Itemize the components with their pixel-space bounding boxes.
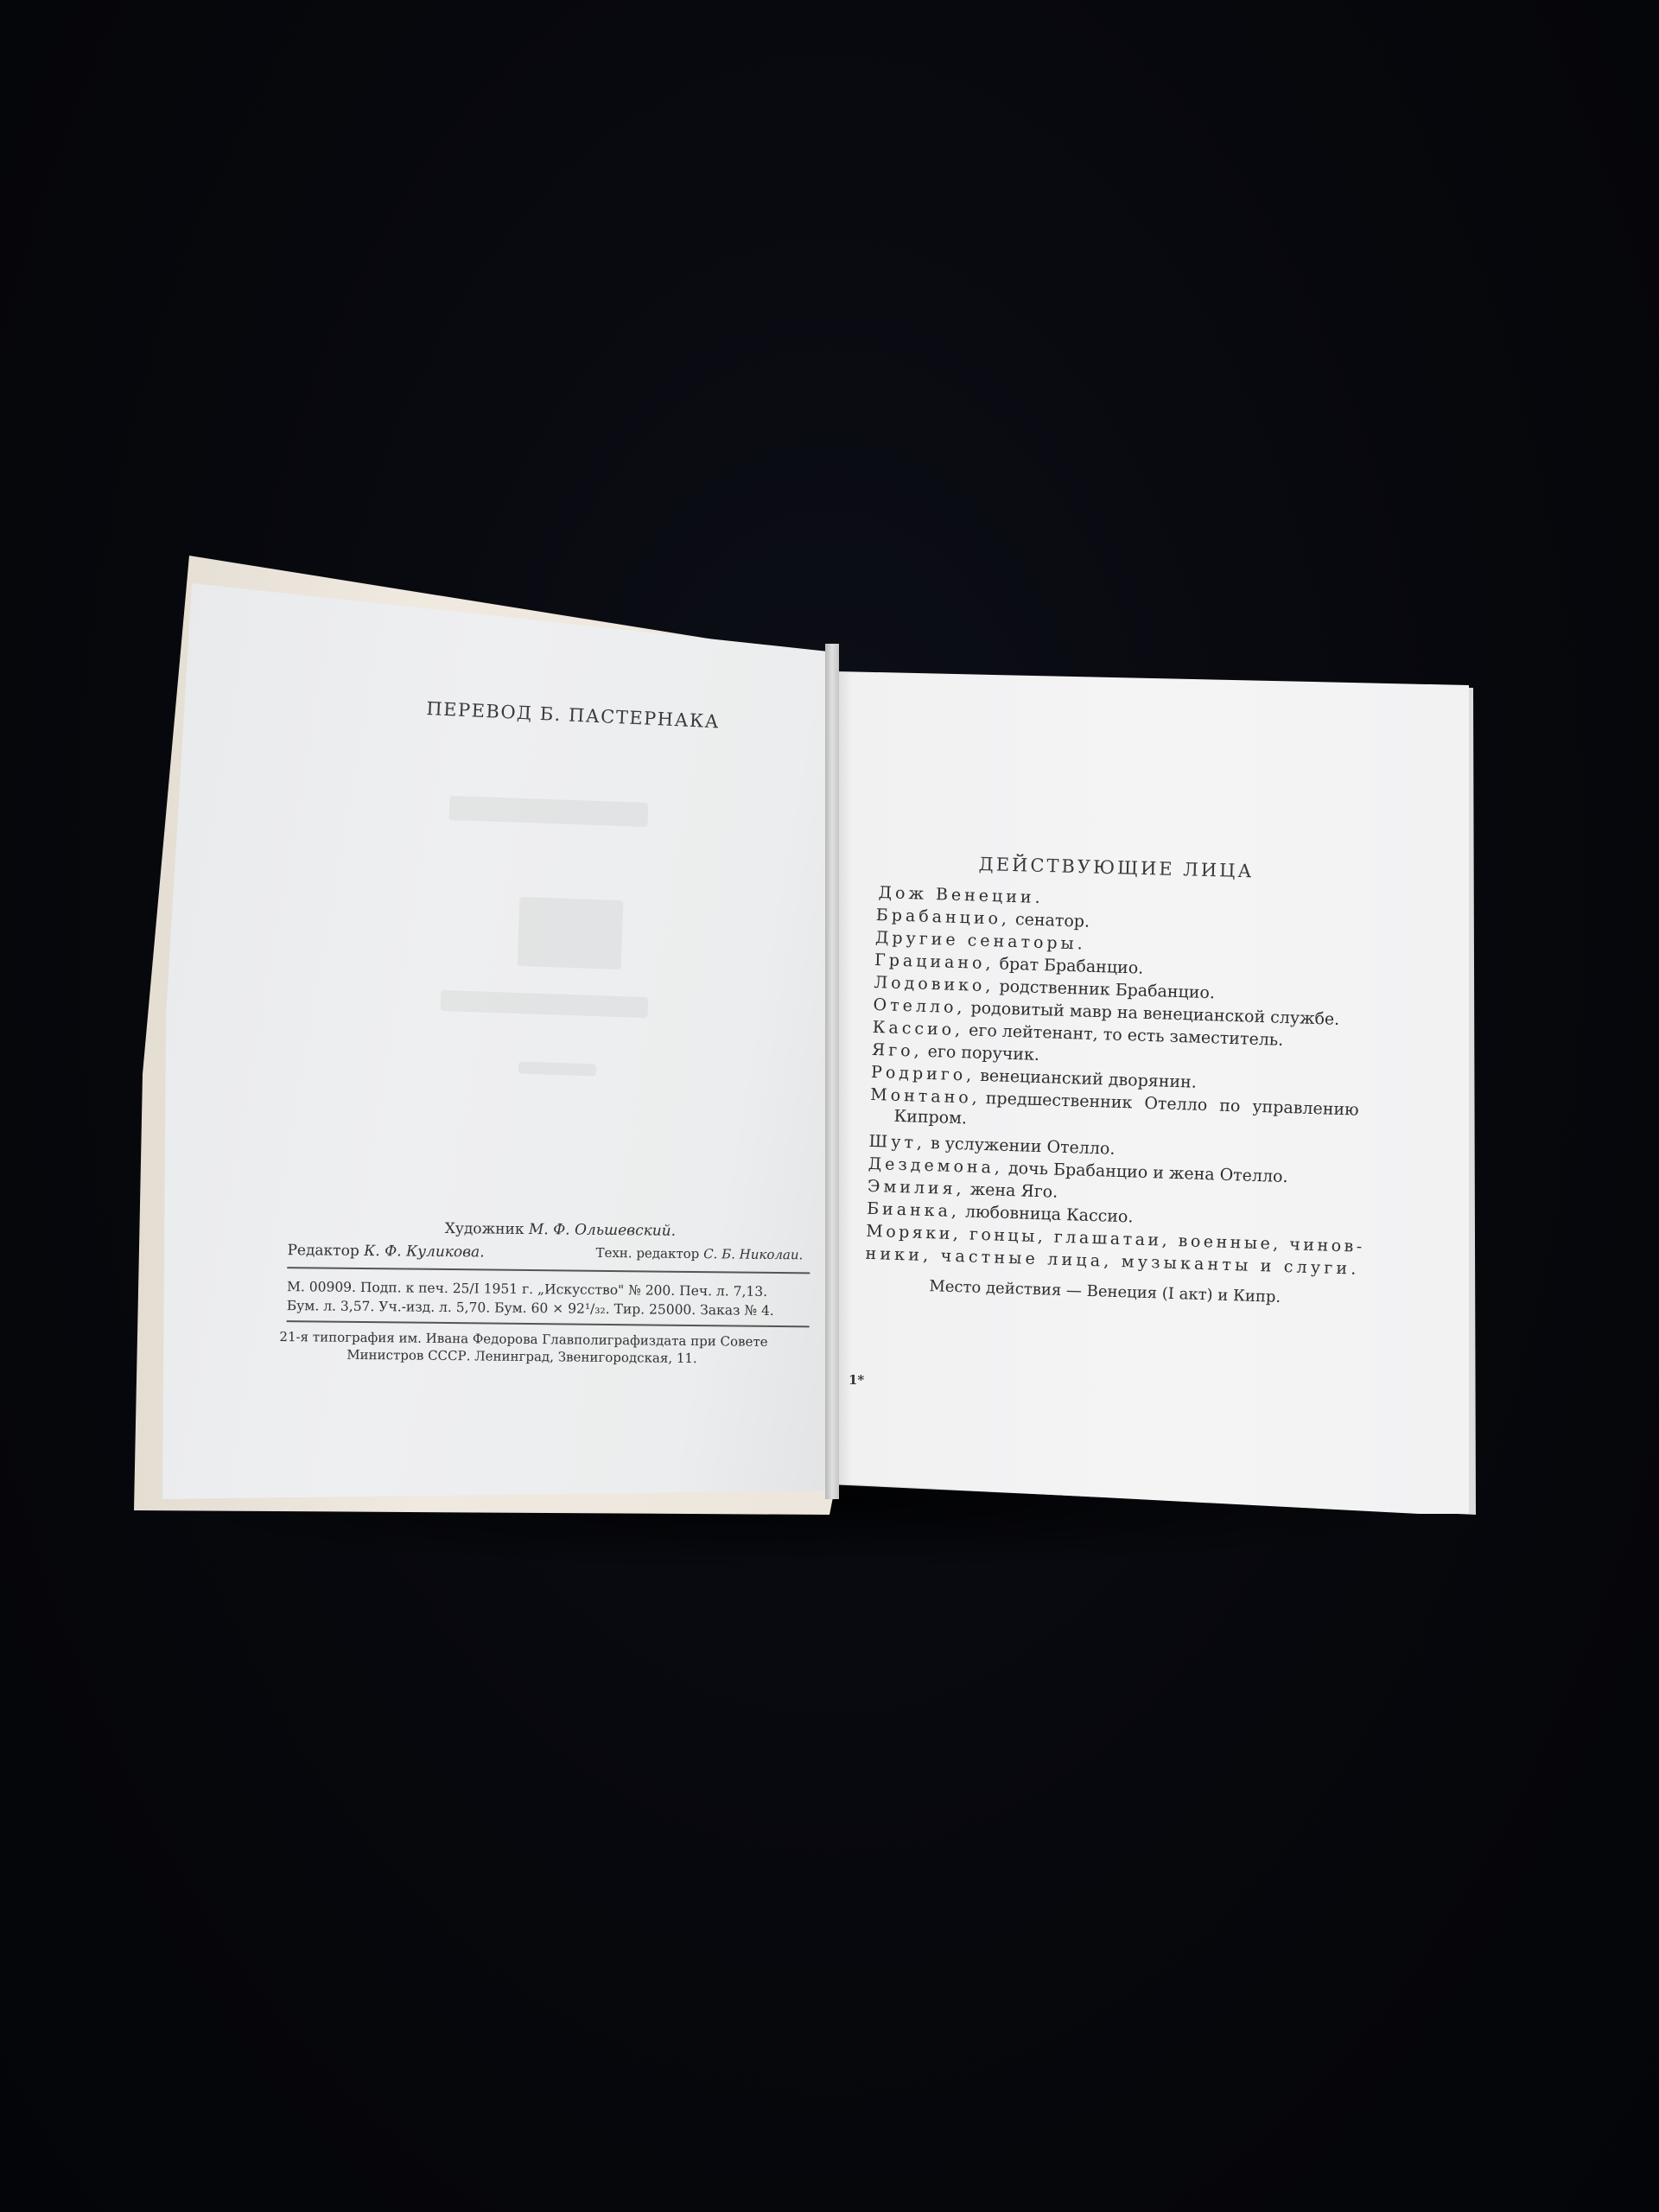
imprint-block: Художник М. Ф. Ольшевский. Редактор К. Ф…: [279, 1210, 817, 1370]
print-details-line-1: М. 00909. Подп. к печ. 25/I 1951 г. „Иск…: [287, 1279, 767, 1300]
divider-rule: [287, 1320, 810, 1327]
book-spine: [825, 644, 839, 1499]
tech-editor-name: С. Б. Николаи.: [703, 1246, 803, 1262]
editor-name: К. Ф. Куликова.: [364, 1243, 485, 1261]
signature-mark: 1*: [849, 1372, 864, 1388]
artist-name: М. Ф. Ольшевский.: [529, 1221, 676, 1240]
printer-line-2: Министров СССР. Ленинград, Звенигородска…: [346, 1347, 697, 1366]
cast-item-continuation: Кипром.: [893, 1107, 967, 1128]
divider-rule: [287, 1267, 810, 1274]
tech-editor-credit: Техн. редактор С. Б. Николаи.: [595, 1245, 803, 1263]
editor-credit: Редактор К. Ф. Куликова.: [287, 1242, 484, 1261]
artist-credit: Художник М. Ф. Ольшевский.: [445, 1220, 677, 1240]
print-details-line-2: Бум. л. 3,57. Уч.-изд. л. 5,70. Бум. 60 …: [287, 1298, 774, 1319]
bleed-through-title: [518, 897, 624, 969]
